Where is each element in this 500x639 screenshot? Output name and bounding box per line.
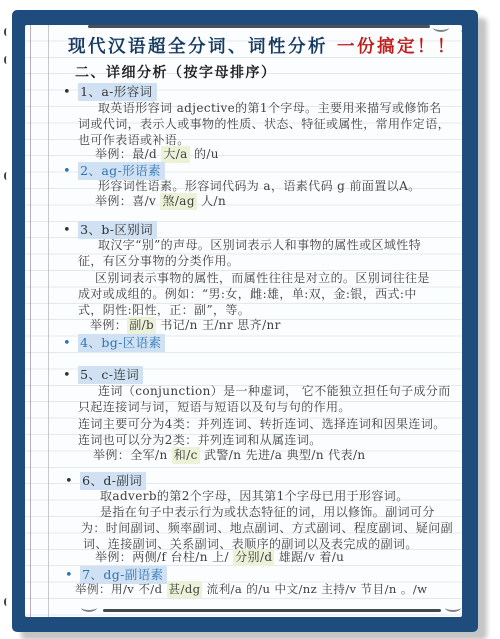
section-header-6: •6、d-副词 (65, 472, 146, 489)
bullet-icon: • (65, 473, 73, 490)
page-curl-mark (433, 25, 449, 32)
section-header-5: •5、c-连词 (63, 366, 143, 383)
paragraph-line: 区别词表示事物的属性，而属性往往是对立的。区别词往往是 (95, 270, 430, 287)
binder-mark (4, 56, 9, 64)
example-prefix: 举例：用/v 不/d (75, 582, 167, 596)
section-header-2: •2、ag-形语素 (63, 162, 165, 179)
highlighted-tagged-word: 大/a (161, 146, 189, 163)
section-header-4: •4、bg-区语素 (63, 334, 165, 351)
page-curl-mark (81, 603, 97, 612)
binder-mark (4, 598, 9, 606)
section-header-3: •3、b-区别词 (63, 221, 157, 238)
bullet-icon: • (63, 367, 71, 384)
bullet-icon: • (63, 222, 71, 239)
bullet-icon: • (63, 84, 71, 101)
paragraph-line: 是指在句子中表示行为或状态特征的词，用以修饰。副词可分 (100, 504, 435, 521)
page-title-main: 现代汉语超全分词、词性分析 (68, 37, 328, 57)
example-suffix: 书记/n 王/nr 思齐/nr (156, 318, 281, 332)
binder-mark (4, 28, 9, 36)
paragraph-line: 为：时间副词、频率副词、地点副词、方式副词、程度副词、疑问副 (81, 520, 453, 537)
margin-line-outer (48, 25, 49, 617)
example-line: 举例：喜/v 煞/ag 人/n (95, 193, 226, 210)
example-suffix: 流利/a 的/u 中文/nz 主持/v 节目/n 。/w (202, 582, 427, 596)
paragraph-line: 成对或成组的。例如：“男:女，雌:雄，单:双，金:银，西式:中 (78, 286, 417, 303)
example-prefix: 举例： (90, 318, 127, 332)
section-header-label: 5、c-连词 (78, 366, 143, 384)
example-prefix: 举例：喜/v (95, 194, 160, 208)
example-suffix: 人/n (197, 194, 226, 208)
example-line: 举例：最/d 大/a 的/u (95, 146, 219, 163)
page-top-edge (88, 25, 430, 28)
section-header-label: 1、a-形容词 (78, 83, 156, 101)
example-line: 举例：用/v 不/d 甚/dg 流利/a 的/u 中文/nz 主持/v 节目/n… (75, 581, 427, 598)
binder-mark (4, 172, 9, 180)
bullet-icon: • (65, 567, 73, 584)
page-title-accent: 一份搞定！！ (337, 37, 457, 57)
bullet-icon: • (63, 335, 71, 352)
section-header-1: •1、a-形容词 (63, 83, 157, 100)
paragraph-line: 连词（conjunction）是一种虚词， 它不能独立担任句子成分而 (98, 383, 451, 400)
example-suffix: 的/u (190, 147, 219, 161)
example-prefix: 举例：最/d (95, 147, 161, 161)
paragraph-line: 取汉字“别”的声母。区别词表示人和事物的属性或区域性特 (98, 237, 421, 254)
highlighted-tagged-word: 分别/d (233, 549, 274, 566)
page-curl-mark (445, 603, 461, 612)
page-curl-mark (461, 25, 462, 34)
paragraph-line: 只起连接词与词，短语与短语以及句与句的作用。 (78, 399, 351, 416)
example-line: 举例：两侧/f 台柱/n 上/ 分别/d 雄踞/v 着/u (95, 549, 344, 566)
section-header-label: 4、bg-区语素 (78, 334, 165, 352)
example-prefix: 举例：两侧/f 台柱/n 上/ (95, 550, 233, 564)
example-prefix: 举例：全军/n (93, 448, 172, 462)
highlighted-tagged-word: 副/b (127, 317, 156, 334)
highlighted-tagged-word: 和/c (172, 447, 200, 464)
page-title: 现代汉语超全分词、词性分析一份搞定！！ (68, 33, 457, 60)
navy-frame: 现代汉语超全分词、词性分析一份搞定！！ 二、详细分析（按字母排序） •1、a-形… (12, 10, 478, 632)
notebook-paper: 现代汉语超全分词、词性分析一份搞定！！ 二、详细分析（按字母排序） •1、a-形… (25, 25, 462, 617)
example-line: 举例：全军/n 和/c 武警/n 先进/a 典型/n 代表/n (93, 447, 366, 464)
paragraph-line: 征，有区分事物的分类作用。 (78, 253, 239, 270)
example-suffix: 雄踞/v 着/u (274, 550, 344, 564)
highlighted-tagged-word: 煞/ag (160, 193, 196, 210)
highlighted-tagged-word: 甚/dg (167, 581, 203, 598)
paragraph-line: 取英语形容词 adjective的第1个字母。主要用来描写或修饰名 (98, 100, 442, 117)
bullet-icon: • (63, 163, 71, 180)
page-subtitle: 二、详细分析（按字母排序） (75, 63, 277, 83)
paragraph-line: 词或代词，表示人或事物的性质、状态、特征或属性，常用作定语， (78, 116, 450, 133)
example-suffix: 武警/n 先进/a 典型/n 代表/n (200, 448, 366, 462)
paragraph-line: 连词主要可分为4类：并列连词、转折连词、选择连词和因果连词。 (78, 416, 446, 433)
page-bottom-edge (103, 609, 441, 612)
paragraph-line: 取adverb的第2个字母，因其第1个字母已用于形容词。 (100, 488, 409, 505)
margin-line-inner (30, 25, 31, 617)
example-line: 举例：副/b 书记/n 王/nr 思齐/nr (90, 317, 281, 334)
